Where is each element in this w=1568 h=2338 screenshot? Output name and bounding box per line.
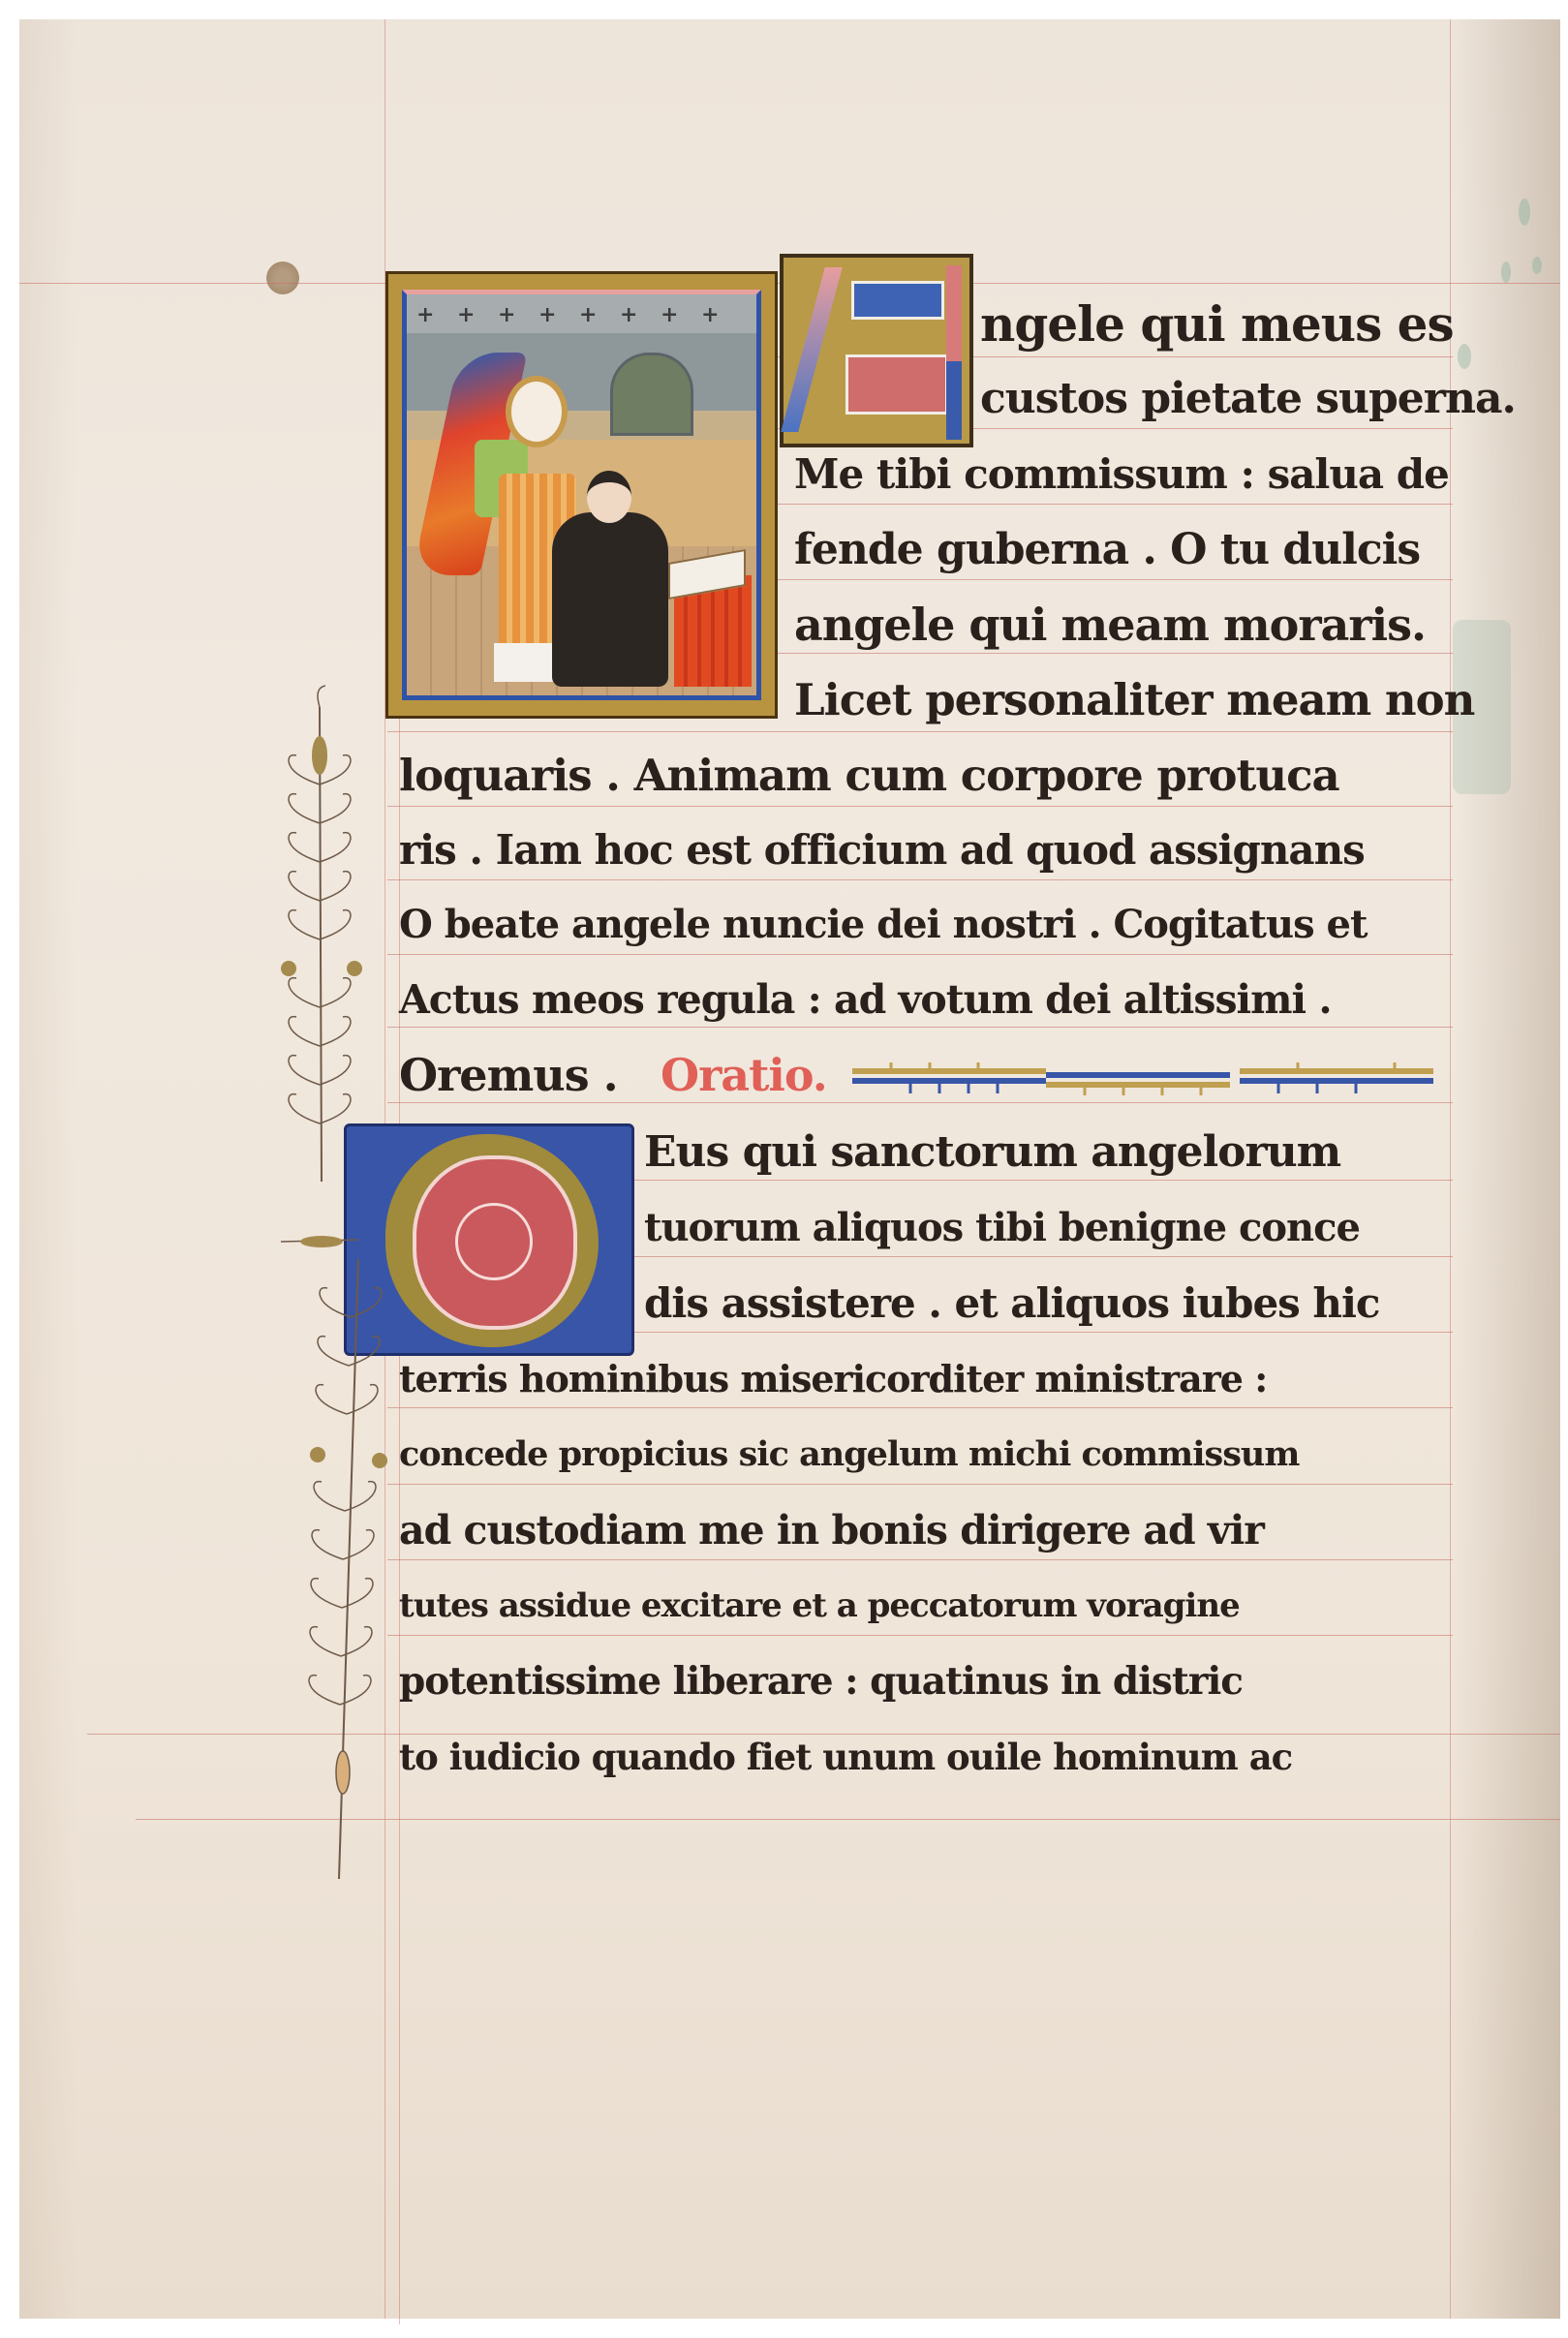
ruling-line — [387, 1484, 1453, 1485]
text-line-6: Licet personaliter meam non — [794, 671, 1474, 729]
text-line-5: angele qui meam moraris. — [794, 596, 1426, 654]
prayer-line-4: terris hominibus misericorditer ministra… — [399, 1350, 1267, 1408]
prayer-line-3: dis assistere . et aliquos iubes hic — [644, 1275, 1380, 1333]
initial-stroke — [781, 267, 843, 432]
marginal-spray-bottom — [242, 1201, 397, 1898]
monk-head — [587, 471, 631, 523]
miniature-arch — [610, 353, 693, 436]
text-line-4: fende guberna . O tu dulcis — [794, 521, 1420, 579]
kneeling-monk — [552, 512, 668, 687]
ruling-line — [387, 806, 1453, 807]
ruling-line — [387, 731, 1453, 732]
prayer-line-8: potentissime liberare : quatinus in dist… — [399, 1652, 1243, 1710]
initial-counter-red — [413, 1155, 577, 1330]
prayer-line-2: tuorum aliquos tibi benigne conce — [644, 1199, 1360, 1257]
cross-ornament: + — [457, 302, 475, 327]
initial-panel-red — [845, 354, 948, 415]
mold-spot — [1532, 257, 1542, 274]
initial-edge — [946, 265, 962, 440]
cross-ornament: + — [498, 302, 515, 327]
line-filler-ornament — [852, 1061, 1453, 1099]
marginal-spray-top — [261, 678, 378, 1182]
ink-stain — [266, 261, 299, 294]
ruling-vertical-right — [1450, 19, 1451, 2319]
text-line-7: loquaris . Animam cum corpore protuca — [399, 747, 1339, 805]
ruling-line — [387, 879, 1453, 880]
text-line-1: ngele qui meus es — [980, 295, 1454, 354]
initial-rosette — [455, 1203, 533, 1280]
prayer-line-5: concede propicius sic angelum michi comm… — [399, 1426, 1299, 1484]
initial-panel-blue — [851, 281, 944, 320]
cross-ornament: + — [661, 302, 678, 327]
text-line-8: ris . Iam hoc est officium ad quod assig… — [399, 821, 1365, 879]
cross-ornament: + — [620, 302, 637, 327]
cross-ornament: + — [579, 302, 597, 327]
text-line-10: Actus meos regula : ad votum dei altissi… — [399, 970, 1332, 1029]
miniature-frame: + + + + + + + + — [402, 290, 761, 700]
mold-spot — [1458, 344, 1471, 369]
prayer-line-1: Eus qui sanctorum angelorum — [644, 1123, 1340, 1182]
rubric-oratio: Oratio. — [661, 1046, 827, 1104]
miniature-guardian-angel: + + + + + + + + — [385, 271, 778, 719]
mold-spot — [1501, 261, 1511, 283]
ruling-line — [387, 1635, 1453, 1636]
illuminated-initial-a — [780, 254, 973, 447]
cross-ornament: + — [538, 302, 556, 327]
ruling-line — [387, 1559, 1453, 1560]
prayer-line-9: to iudicio quando fiet unum ouile hominu… — [399, 1728, 1292, 1786]
text-line-2: custos pietate superna. — [980, 370, 1516, 428]
text-line-9: O beate angele nuncie dei nostri . Cogit… — [399, 896, 1367, 954]
mold-spot — [1519, 199, 1530, 226]
cross-ornament: + — [416, 302, 434, 327]
ruling-line — [387, 954, 1453, 955]
angel-head-halo — [511, 382, 562, 442]
text-line-3: Me tibi commissum : salua de — [794, 446, 1449, 504]
prayer-line-6: ad custodiam me in bonis dirigere ad vir — [399, 1501, 1264, 1559]
oremus-text: Oremus . — [399, 1046, 618, 1104]
cross-ornament: + — [701, 302, 719, 327]
prayer-line-7: tutes assidue excitare et a peccatorum v… — [399, 1577, 1240, 1635]
